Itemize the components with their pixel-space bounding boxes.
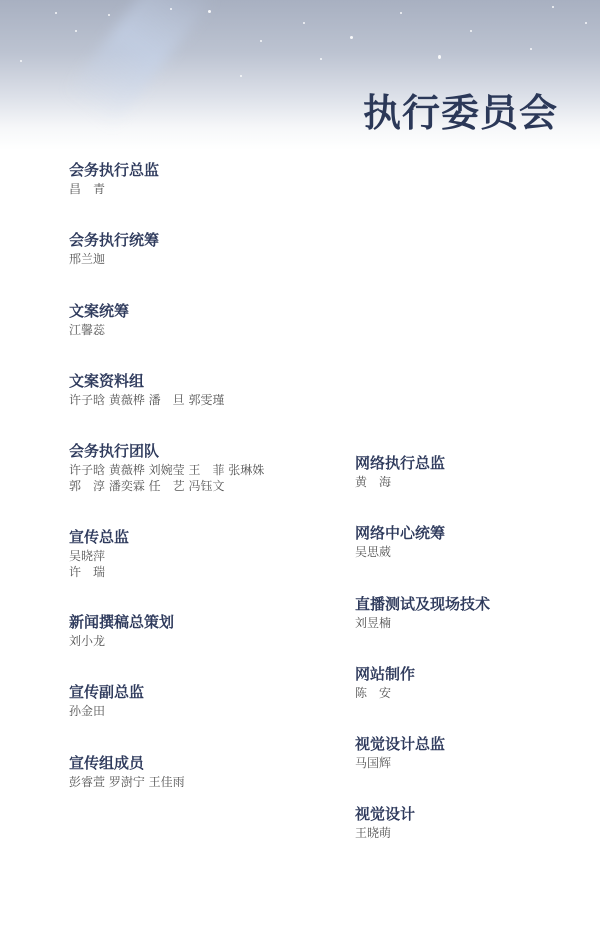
section-role: 宣传组成员: [69, 753, 264, 773]
section-visual-design-director: 视觉设计总监 马国辉: [355, 734, 490, 804]
names-line: 许 瑞: [69, 564, 264, 580]
names-line: 吴思葳: [355, 544, 490, 560]
section-names: 彭睿萱 罗澍宁 王佳雨: [69, 774, 264, 790]
section-role: 视觉设计: [355, 804, 490, 824]
section-names: 王晓萌: [355, 825, 490, 841]
section-role: 直播测试及现场技术: [355, 594, 490, 614]
section-role: 网络执行总监: [355, 453, 490, 473]
names-line: 郭 淳 潘奕霖 任 艺 冯钰文: [69, 478, 264, 494]
star: [108, 14, 110, 16]
names-line: 江馨蕊: [69, 322, 264, 338]
section-conference-exec-director: 会务执行总监 昌 青: [69, 160, 264, 230]
names-line: 昌 青: [69, 181, 264, 197]
names-line: 刘小龙: [69, 633, 264, 649]
names-line: 孙金田: [69, 703, 264, 719]
section-role: 网站制作: [355, 664, 490, 684]
right-column: 网络执行总监 黄 海 网络中心统筹 吴思葳 直播测试及现场技术 刘昱楠 网站制作…: [355, 453, 490, 875]
star: [303, 22, 305, 24]
star: [320, 58, 322, 60]
names-line: 王晓萌: [355, 825, 490, 841]
section-livestream-onsite-tech: 直播测试及现场技术 刘昱楠: [355, 594, 490, 664]
left-column: 会务执行总监 昌 青 会务执行统筹 邢兰迦 文案统筹 江馨蕊 文案资料组 许子晗…: [69, 160, 264, 823]
star: [260, 40, 262, 42]
section-network-exec-director: 网络执行总监 黄 海: [355, 453, 490, 523]
star: [20, 60, 22, 62]
section-role: 网络中心统筹: [355, 523, 490, 543]
section-names: 吴思葳: [355, 544, 490, 560]
section-role: 文案资料组: [69, 371, 264, 391]
section-role: 宣传副总监: [69, 682, 264, 702]
names-line: 陈 安: [355, 685, 490, 701]
section-role: 视觉设计总监: [355, 734, 490, 754]
section-names: 昌 青: [69, 181, 264, 197]
names-line: 邢兰迦: [69, 251, 264, 267]
section-names: 吴晓萍 许 瑞: [69, 548, 264, 580]
section-website-production: 网站制作 陈 安: [355, 664, 490, 734]
star: [55, 12, 57, 14]
light-streak: [64, 0, 216, 130]
names-line: 马国辉: [355, 755, 490, 771]
section-names: 许子晗 黄薇桦 潘 旦 郭雯瑾: [69, 392, 264, 408]
names-line: 许子晗 黄薇桦 刘婉莹 王 菲 张琳姝: [69, 462, 264, 478]
section-copy-coordinator: 文案统筹 江馨蕊: [69, 301, 264, 371]
section-publicity-team-members: 宣传组成员 彭睿萱 罗澍宁 王佳雨: [69, 753, 264, 823]
section-role: 会务执行团队: [69, 441, 264, 461]
star: [585, 22, 587, 24]
star: [438, 55, 441, 59]
section-role: 宣传总监: [69, 527, 264, 547]
section-publicity-director: 宣传总监 吴晓萍 许 瑞: [69, 527, 264, 612]
names-line: 彭睿萱 罗澍宁 王佳雨: [69, 774, 264, 790]
section-role: 会务执行总监: [69, 160, 264, 180]
names-line: 吴晓萍: [69, 548, 264, 564]
section-names: 陈 安: [355, 685, 490, 701]
section-names: 邢兰迦: [69, 251, 264, 267]
section-names: 孙金田: [69, 703, 264, 719]
section-names: 马国辉: [355, 755, 490, 771]
section-names: 黄 海: [355, 474, 490, 490]
section-names: 江馨蕊: [69, 322, 264, 338]
star: [350, 36, 353, 39]
star: [552, 6, 554, 8]
names-line: 刘昱楠: [355, 615, 490, 631]
section-conference-exec-coordinator: 会务执行统筹 邢兰迦: [69, 230, 264, 300]
names-line: 黄 海: [355, 474, 490, 490]
section-names: 刘小龙: [69, 633, 264, 649]
section-copy-materials-team: 文案资料组 许子晗 黄薇桦 潘 旦 郭雯瑾: [69, 371, 264, 441]
section-role: 文案统筹: [69, 301, 264, 321]
star: [530, 48, 532, 50]
section-conference-exec-team: 会务执行团队 许子晗 黄薇桦 刘婉莹 王 菲 张琳姝 郭 淳 潘奕霖 任 艺 冯…: [69, 441, 264, 527]
section-names: 刘昱楠: [355, 615, 490, 631]
section-role: 新闻撰稿总策划: [69, 612, 264, 632]
star: [170, 8, 172, 10]
section-names: 许子晗 黄薇桦 刘婉莹 王 菲 张琳姝 郭 淳 潘奕霖 任 艺 冯钰文: [69, 462, 264, 494]
star: [240, 75, 242, 77]
star: [75, 30, 77, 32]
section-network-center-coordinator: 网络中心统筹 吴思葳: [355, 523, 490, 593]
page-title: 执行委员会: [363, 88, 558, 138]
star: [470, 30, 472, 32]
section-visual-design: 视觉设计 王晓萌: [355, 804, 490, 874]
star: [208, 10, 211, 13]
section-news-writing-chief-planner: 新闻撰稿总策划 刘小龙: [69, 612, 264, 682]
names-line: 许子晗 黄薇桦 潘 旦 郭雯瑾: [69, 392, 264, 408]
section-role: 会务执行统筹: [69, 230, 264, 250]
section-publicity-deputy-director: 宣传副总监 孙金田: [69, 682, 264, 752]
star: [400, 12, 402, 14]
